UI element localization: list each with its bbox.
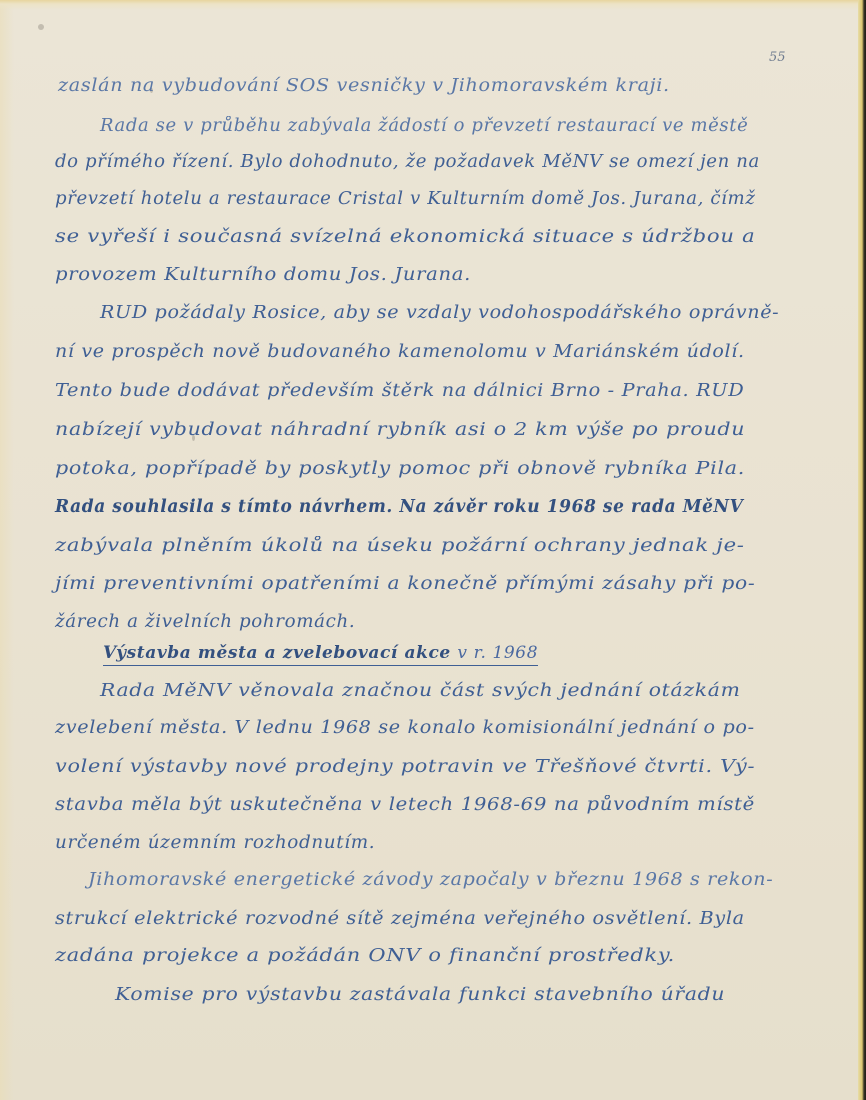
text-line: stavba měla být uskutečněna v letech 196… xyxy=(55,795,755,815)
text-line: Rada MěNV věnovala značnou část svých je… xyxy=(100,681,741,701)
text-line: se vyřeší i současná svízelná ekonomická… xyxy=(55,227,756,247)
text-line: Rada souhlasila s tímto návrhem. Na závě… xyxy=(55,497,743,517)
text-line: volení výstavby nové prodejny potravin v… xyxy=(55,757,755,777)
text-line: převzetí hotelu a restaurace Cristal v K… xyxy=(55,189,755,209)
section-heading-year: v r. 1968 xyxy=(457,643,538,663)
text-line: zvelebení města. V lednu 1968 se konalo … xyxy=(55,718,755,738)
section-heading-title: Výstavba města a zvelebovací akce xyxy=(103,643,451,663)
text-line: potoka, popřípadě by poskytly pomoc při … xyxy=(55,459,745,479)
text-line: zabývala plněním úkolů na úseku požární … xyxy=(55,536,745,556)
text-line: zaslán na vybudování SOS vesničky v Jiho… xyxy=(58,76,670,96)
text-line: do přímého řízení. Bylo dohodnuto, že po… xyxy=(55,152,760,172)
text-line: ní ve prospěch nově budovaného kamenolom… xyxy=(55,342,745,362)
text-line: určeném územním rozhodnutím. xyxy=(55,833,375,853)
text-line: Rada se v průběhu zabývala žádostí o pře… xyxy=(100,116,748,136)
paper-smudge xyxy=(38,24,44,30)
text-line: Jihomoravské energetické závody započaly… xyxy=(88,870,773,890)
document-page: 55 zaslán na vybudování SOS vesničky v J… xyxy=(0,0,866,1100)
text-line: žárech a živelních pohromách. xyxy=(55,612,355,632)
text-line: Tento bude dodávat především štěrk na dá… xyxy=(55,381,744,401)
text-line: jími preventivními opatřeními a konečně … xyxy=(55,574,755,594)
page-edge xyxy=(858,0,866,1100)
text-line: zadána projekce a požádán ONV o finanční… xyxy=(55,946,675,966)
text-line: Komise pro výstavbu zastávala funkci sta… xyxy=(115,985,725,1005)
text-line: strukcí elektrické rozvodné sítě zejména… xyxy=(55,909,745,929)
text-line: RUD požádaly Rosice, aby se vzdaly vodoh… xyxy=(100,303,779,323)
text-line: nabízejí vybudovat náhradní rybník asi o… xyxy=(55,420,745,440)
text-line: provozem Kulturního domu Jos. Jurana. xyxy=(55,265,471,285)
page-number: 55 xyxy=(769,50,786,65)
section-heading: Výstavba města a zvelebovací akce v r. 1… xyxy=(103,643,538,666)
